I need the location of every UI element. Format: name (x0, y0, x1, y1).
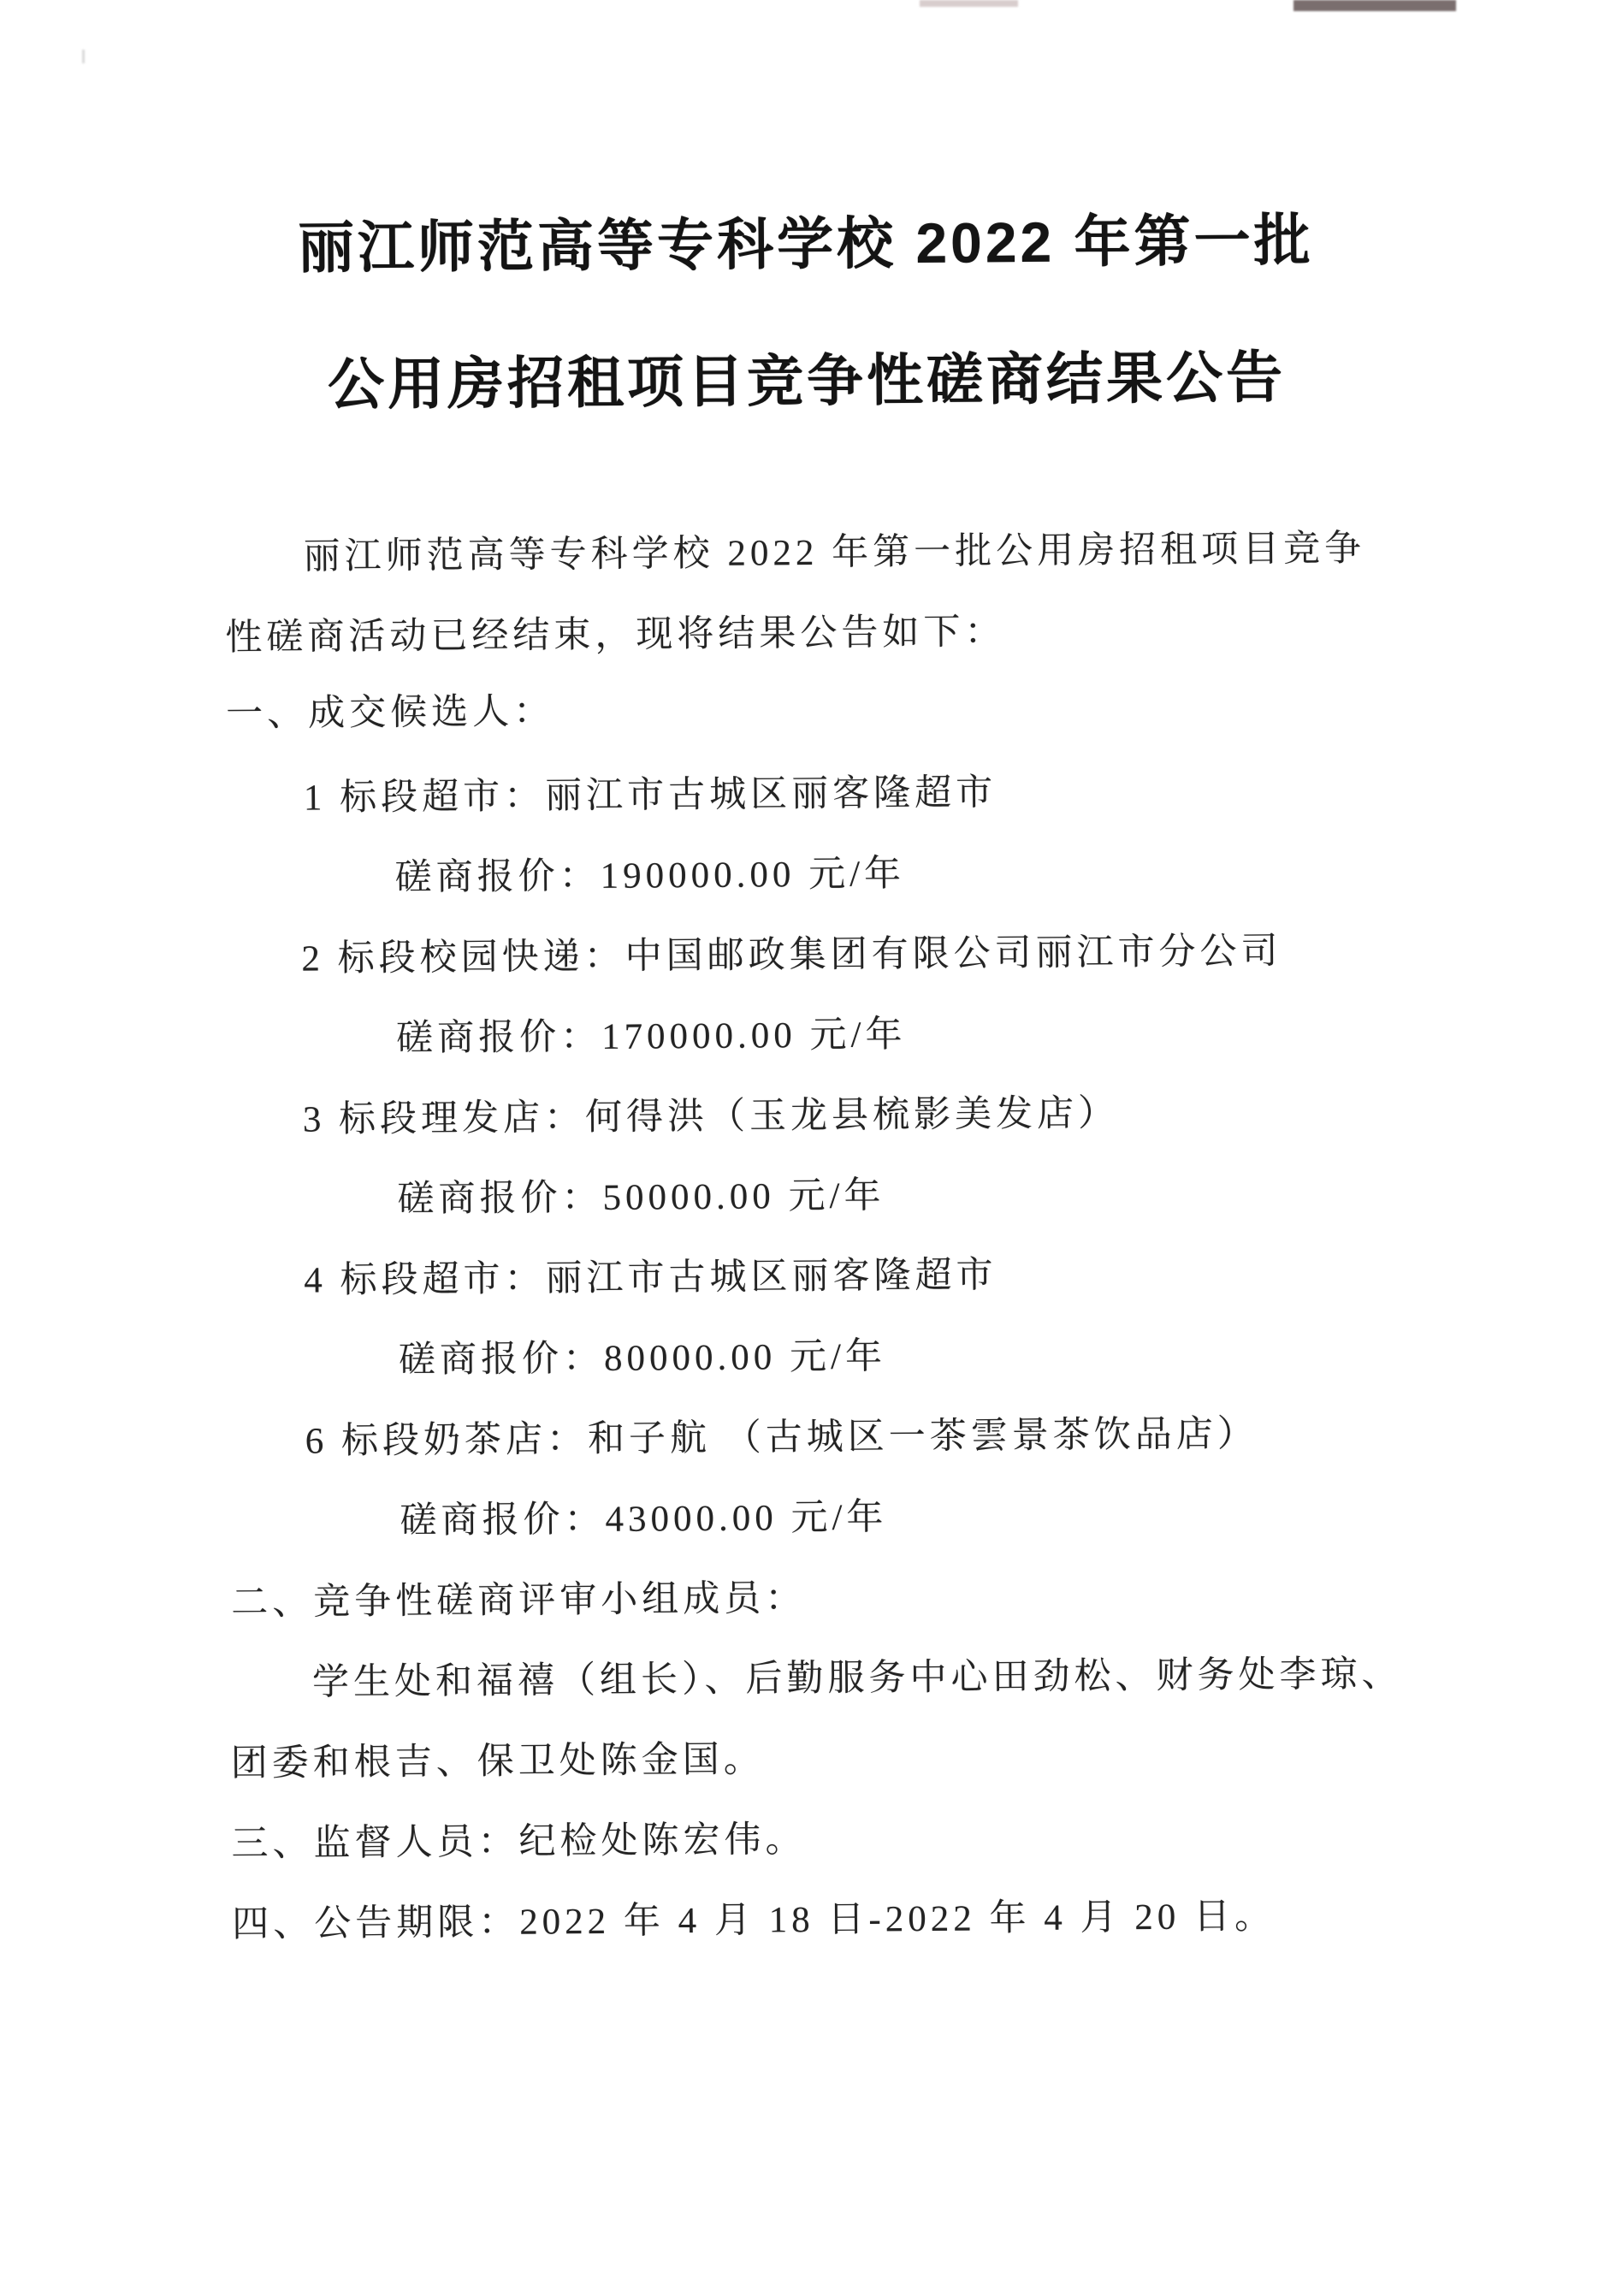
committee-members-line-2: 团委和根吉、保卫处陈金国。 (230, 1730, 764, 1786)
section-2-heading: 二、竞争性磋商评审小组成员： (231, 1569, 806, 1625)
bid-3-label: 3 标段理发店：何得洪（玉龙县梳影美发店） (303, 1084, 1120, 1142)
section-1-heading: 一、成交候选人： (226, 682, 554, 737)
bid-4-label: 4 标段超市：丽江市古城区丽客隆超市 (304, 1246, 997, 1303)
intro-paragraph-line-2: 性磋商活动已经结束，现将结果公告如下： (225, 602, 1005, 660)
document-title-line-2: 公用房招租项目竞争性磋商结果公告 (0, 329, 1618, 423)
bid-3-price: 磋商报价：50000.00 元/年 (397, 1166, 885, 1222)
bid-2-label: 2 标段校园快递：中国邮政集团有限公司丽江市分公司 (301, 922, 1282, 982)
document-content: 丽江师范高等专科学校 2022 年第一批 公用房招租项目竞争性磋商结果公告 丽江… (0, 0, 1622, 2296)
bid-1-label: 1 标段超市：丽江市古城区丽客隆超市 (304, 763, 997, 820)
bid-1-price: 磋商报价：190000.00 元/年 (394, 844, 905, 901)
section-3-line: 三、监督人员：纪检处陈宏伟。 (231, 1810, 806, 1867)
bid-4-price: 磋商报价：80000.00 元/年 (399, 1327, 886, 1382)
scanned-document-page: { "doc": { "title1": "丽江师范高等专科学校 2022 年第… (0, 0, 1622, 2296)
bid-6-price: 磋商报价：43000.00 元/年 (400, 1488, 887, 1543)
bid-6-label: 6 标段奶茶店：和子航 （古城区一茶雲景茶饮品店） (305, 1405, 1258, 1465)
intro-paragraph-line-1: 丽江师范高等专科学校 2022 年第一批公用房招租项目竞争 (303, 519, 1365, 580)
section-4-line: 四、公告期限：2022 年 4 月 18 日-2022 年 4 月 20 日。 (232, 1887, 1276, 1948)
document-title-line-1: 丽江师范高等专科学校 2022 年第一批 (0, 192, 1617, 287)
committee-members-line-1: 学生处和福禧（组长）、后勤服务中心田劲松、财务处李琼、 (312, 1645, 1403, 1706)
bid-2-price: 磋商报价：170000.00 元/年 (396, 1005, 907, 1062)
